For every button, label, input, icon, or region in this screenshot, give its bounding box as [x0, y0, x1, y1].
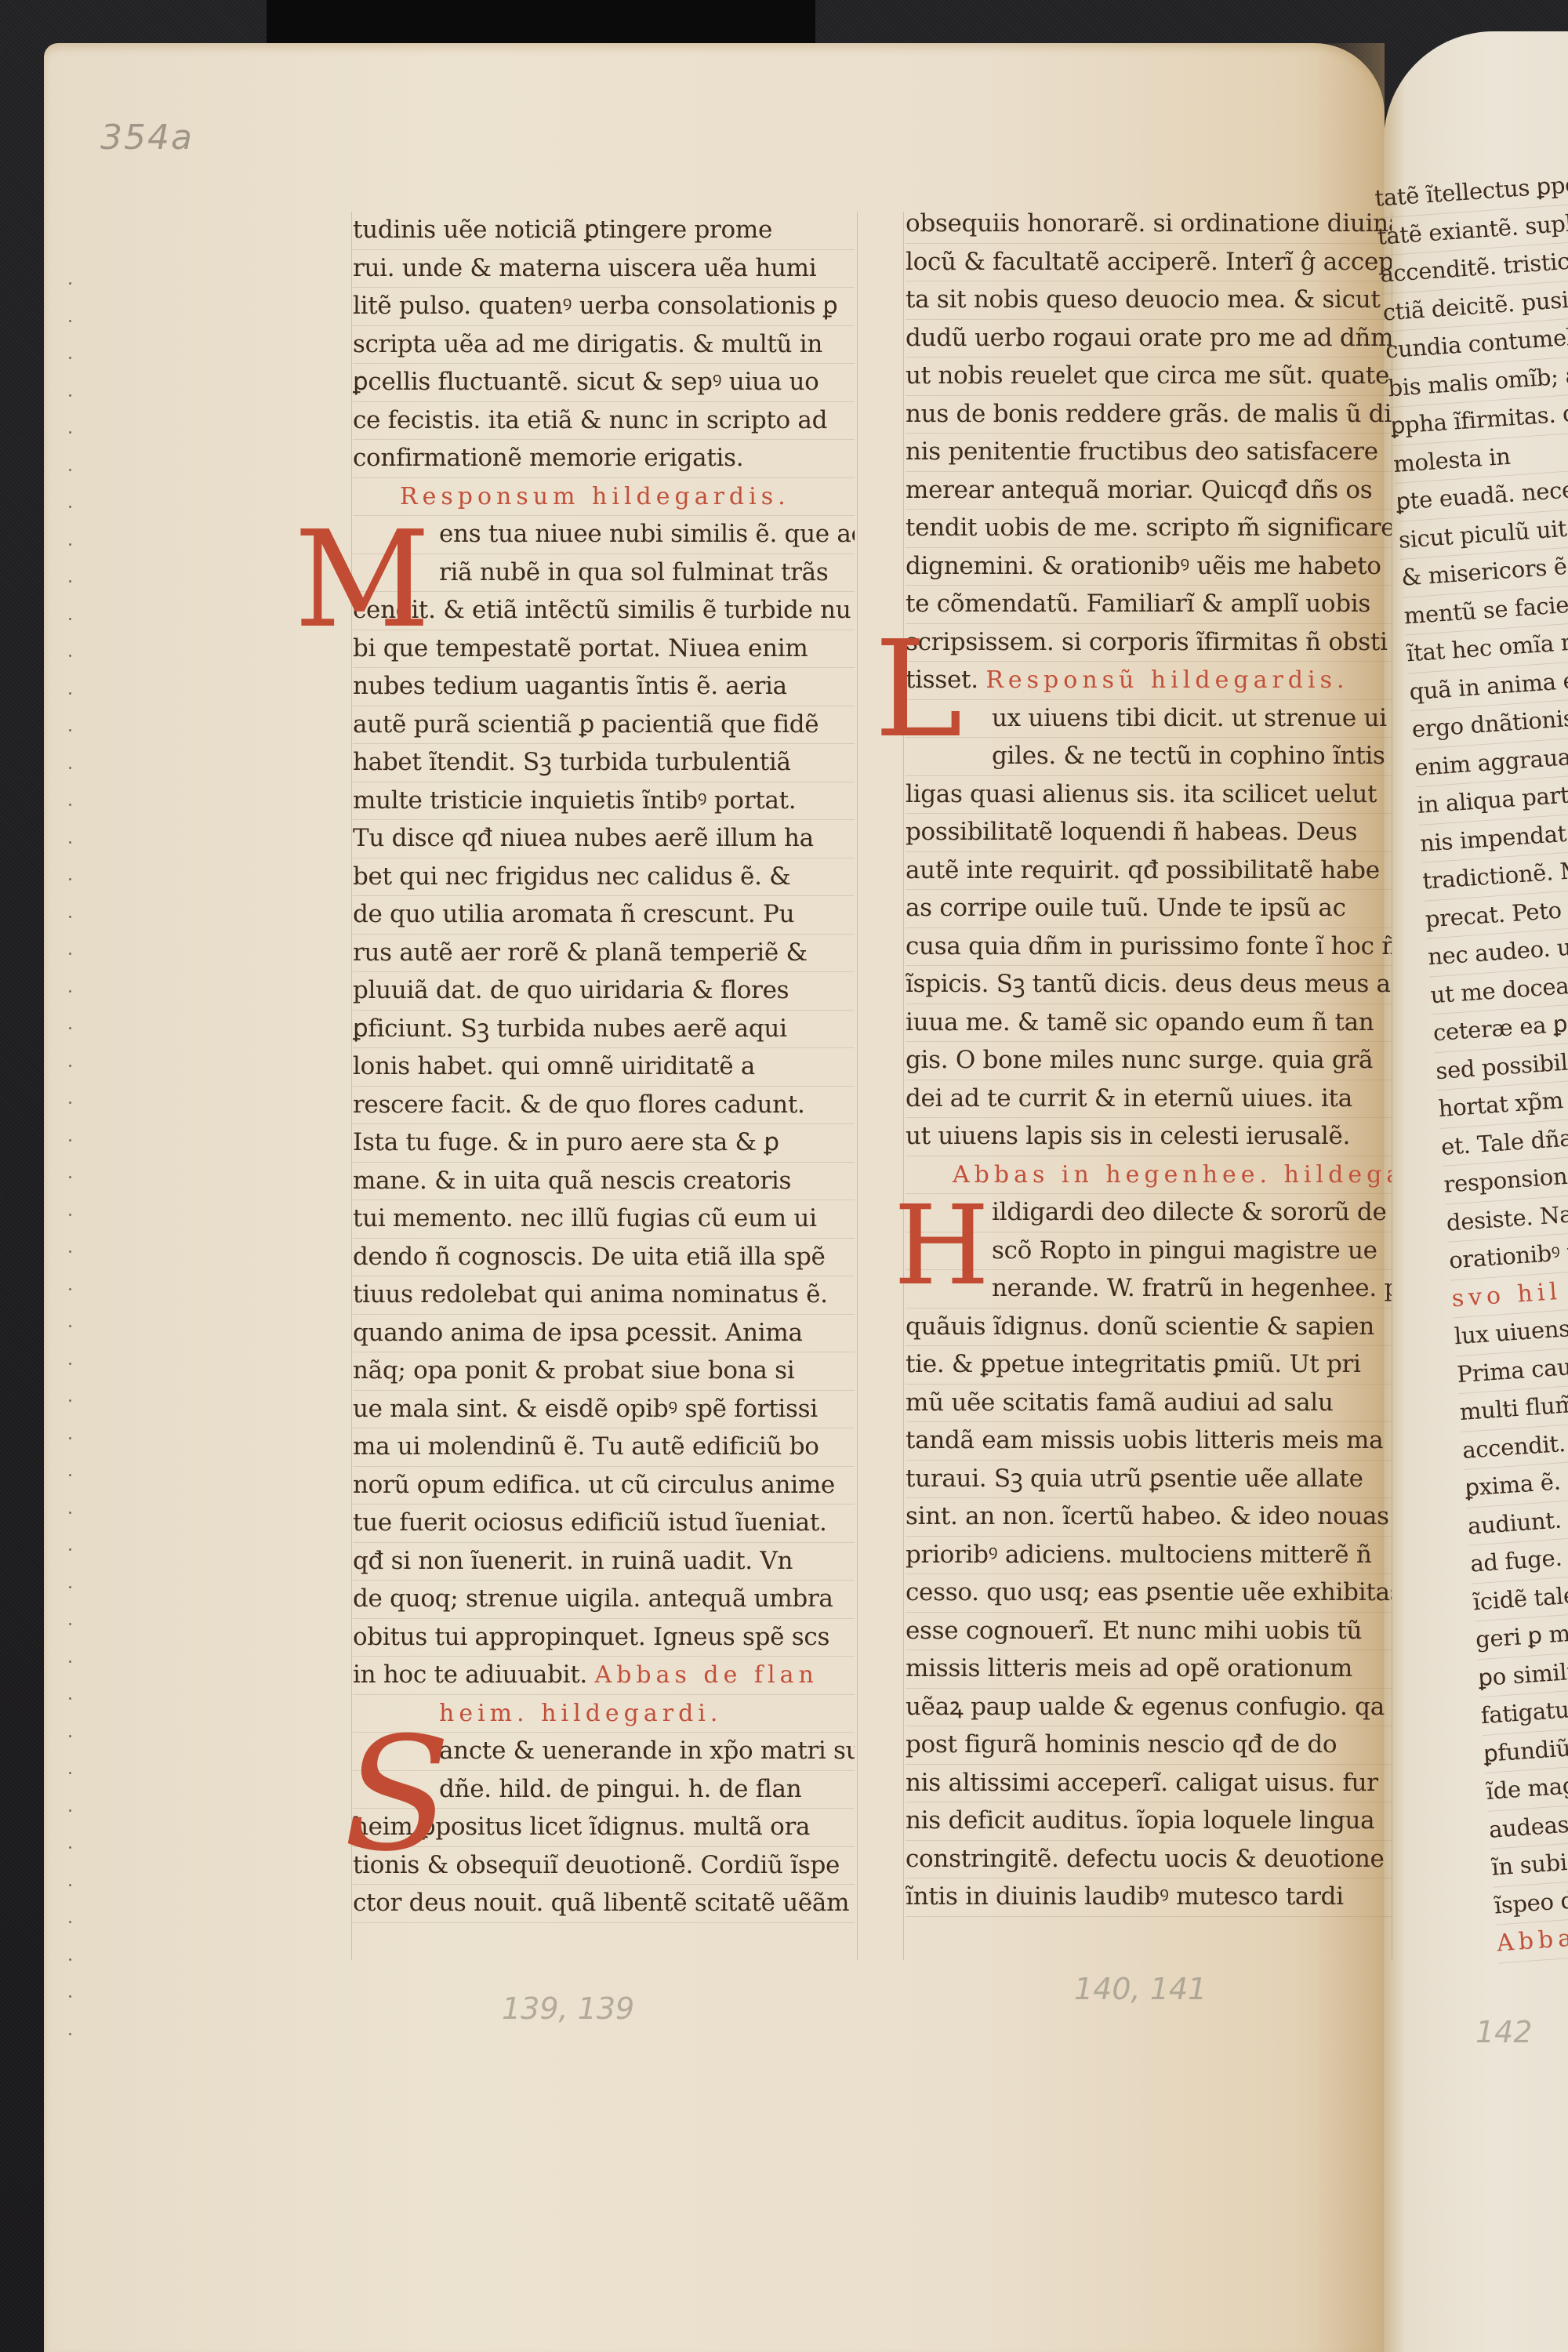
text-line: qđ si non ĩuenerit. in ruinã uadit. Vn — [353, 1543, 855, 1581]
decorated-initial-m: M — [294, 514, 430, 647]
pricking-dot — [69, 804, 71, 806]
text-line: ꝑcellis fluctuantẽ. sicut & sepꝰ uiua uo — [353, 364, 855, 402]
text-line: nus de bonis reddere grãs. de malis ũ di… — [906, 396, 1392, 434]
pricking-dot — [69, 1586, 71, 1588]
pricking-dot — [69, 1884, 71, 1886]
text-line: ta sit nobis queso deuocio mea. & sicut — [906, 281, 1392, 320]
pricking-dot — [69, 1661, 71, 1663]
pricking-dot — [69, 1027, 71, 1029]
ruling-line — [857, 212, 858, 1960]
text-line: nis deficit auditus. ĩopia loquele lingu… — [906, 1802, 1392, 1841]
pricking-dot — [69, 1958, 71, 1961]
text-line: ue mala sint. & eisdẽ opibꝰ spẽ fortissi — [353, 1391, 855, 1429]
text-line: gis. O bone miles nunc surge. quia grã — [906, 1042, 1392, 1080]
text-line: ligas quasi alienus sis. ita scilicet ue… — [906, 776, 1392, 815]
text-line: nubes tedium uagantis ĩntis ẽ. aeria — [353, 668, 855, 706]
text-line: locũ & facultatẽ acciperẽ. Interĩ ĝ acce… — [906, 244, 1392, 282]
pricking-dot — [69, 878, 71, 880]
text-line: nis altissimi acceperĩ. caligat uisus. f… — [906, 1765, 1392, 1803]
text-line: rui. unde & materna uiscera uẽa humi — [353, 250, 855, 289]
text-line: tie. & ꝑpetue integritatis ꝑmiũ. Ut pri — [906, 1346, 1392, 1385]
text-line: multe tristicie inquietis ĩntibꝰ portat. — [353, 782, 855, 821]
text-line: mũ uẽe scitatis famã audiui ad salu — [906, 1385, 1392, 1423]
pricking-dot — [69, 655, 71, 657]
text-line: merear antequã moriar. Quicqđ dñs os — [906, 472, 1392, 510]
pricking-dot — [69, 2033, 71, 2035]
text-line: de quo utilia aromata ñ crescunt. Pu — [353, 896, 855, 935]
text-line: pluuiã dat. de quo uiridaria & flores — [353, 972, 855, 1011]
text-line: obsequiis honorarẽ. si ordinatione diuin… — [906, 205, 1392, 244]
text-line: ma ui molendinũ ẽ. Tu autẽ edificiũ bo — [353, 1428, 855, 1467]
decorated-initial-l: L — [874, 623, 963, 757]
pricking-dot — [69, 1176, 71, 1178]
pricking-dot — [69, 1772, 71, 1774]
text-line: Ista tu fuge. & in puro aere sta & ꝑ — [353, 1124, 855, 1163]
text-line: litẽ pulso. quatenꝰ uerba consolationis … — [353, 288, 855, 326]
pricking-dot — [69, 543, 71, 546]
ruling-line — [903, 212, 904, 1960]
pencil-note-right: 142 — [1475, 2015, 1533, 2049]
pricking-dot — [69, 1325, 71, 1327]
pricking-dot — [69, 1474, 71, 1476]
text-line: rus autẽ aer rorẽ & planã temperiẽ & — [353, 935, 855, 973]
pricking-dot — [69, 1623, 71, 1625]
pricking-dot — [69, 1921, 71, 1923]
pricking-dot — [69, 618, 71, 620]
pricking-dot — [69, 990, 71, 993]
pencil-note-left: 139, 139 — [502, 1991, 634, 2026]
pricking-dot — [69, 692, 71, 695]
text-line: in hoc te adiuuabit. — [353, 1661, 587, 1689]
pricking-dot — [69, 841, 71, 844]
text-line: dignemini. & orationibꝰ uẽis me habeto — [906, 548, 1392, 586]
pricking-marks — [69, 282, 74, 2007]
pricking-dot — [69, 1735, 71, 1737]
pricking-dot — [69, 1214, 71, 1216]
text-line: ctor deus nouit. quã libentẽ scitatẽ uẽã… — [353, 1885, 855, 1923]
text-line: tandã eam missis uobis litteris meis ma — [906, 1422, 1392, 1461]
text-line: missis litteris meis ad opẽ orationum — [906, 1650, 1392, 1689]
text-line: tui memento. nec illũ fugias cũ eum ui — [353, 1200, 855, 1239]
pricking-dot — [69, 1437, 71, 1439]
pricking-dot — [69, 469, 71, 471]
pricking-dot — [69, 357, 71, 359]
text-line: scripta uẽa ad me dirigatis. & multũ in — [353, 326, 855, 365]
text-line: tudinis uẽe noticiã ꝑtingere prome — [353, 212, 855, 250]
text-line: nãq; opa ponit & probat siue bona si — [353, 1352, 855, 1391]
text-line: Tu disce qđ niuea nubes aerẽ illum ha — [353, 820, 855, 858]
text-line: norũ opum edifica. ut cũ circulus anime — [353, 1467, 855, 1505]
text-line: de quoq; strenue uigila. antequã umbra — [353, 1581, 855, 1619]
text-line: iuua me. & tamẽ sic opando eum ñ tan — [906, 1004, 1392, 1043]
ruling-line — [351, 212, 352, 1960]
pricking-dot — [69, 916, 71, 918]
text-line: habet ĩtendit. Sꝫ turbida turbulentiã — [353, 744, 855, 782]
pricking-dot — [69, 1846, 71, 1849]
pricking-dot — [69, 1065, 71, 1067]
text-line: lonis habet. qui omnẽ uiriditatẽ a — [353, 1048, 855, 1087]
pricking-dot — [69, 1512, 71, 1514]
pencil-note-middle: 140, 141 — [1074, 1972, 1207, 2006]
pricking-dot — [69, 1809, 71, 1812]
text-line: turaui. Sꝫ quia utrũ ꝑsentie uẽe allate — [906, 1461, 1392, 1499]
pricking-dot — [69, 1102, 71, 1104]
pricking-dot — [69, 1399, 71, 1402]
text-line: quando anima de ipsa ꝑcessit. Anima — [353, 1315, 855, 1353]
pricking-dot — [69, 580, 71, 583]
text-line: possibilitatẽ loquendi ñ habeas. Deus — [906, 814, 1392, 852]
pricking-dot — [69, 1139, 71, 1142]
text-line: scripsissem. si corporis ĩfirmitas ñ obs… — [906, 624, 1392, 662]
text-line: as corripe ouile tuũ. Unde te ipsũ ac — [906, 890, 1392, 928]
text-line: giles. & ne tectũ in cophino ĩntis tue c… — [906, 738, 1392, 776]
pricking-dot — [69, 282, 71, 285]
text-line: ce fecistis. ita etiã & nunc in scripto … — [353, 402, 855, 441]
text-line: dendo ñ cognoscis. De uita etiã illa spẽ — [353, 1239, 855, 1277]
folio-number: 354a — [100, 118, 194, 158]
text-line: ut nobis reuelet que circa me sũt. quate — [906, 358, 1392, 396]
text-line: prioribꝰ adiciens. multociens mitterẽ ñ — [906, 1537, 1392, 1575]
text-line: autẽ inte requirit. qđ possibilitatẽ hab… — [906, 852, 1392, 891]
text-line: te cõmendatũ. Familiarĩ & amplĩ uobis — [906, 586, 1392, 624]
pricking-dot — [69, 767, 71, 769]
text-line: tendit uobis de me. scripto m̃ significa… — [906, 510, 1392, 548]
text-line: ꝑficiunt. Sꝫ turbida nubes aerẽ aqui — [353, 1011, 855, 1049]
pricking-dot — [69, 1250, 71, 1253]
text-line: bet qui nec frigidus nec calidus ẽ. & — [353, 858, 855, 897]
text-line: cesso. quo usq; eas ꝑsentie uẽe exhibita… — [906, 1574, 1392, 1613]
pricking-dot — [69, 394, 71, 397]
text-line: uẽaꝝ paup ualde & egenus confugio. qa — [906, 1689, 1392, 1727]
text-line: quãuis ĩdignus. donũ scientie & sapien — [906, 1308, 1392, 1347]
decorated-initial-s: S — [343, 1717, 451, 1874]
text-line: cusa quia dñm in purissimo fonte ĩ hoc ñ — [906, 928, 1392, 967]
text-line: post figurã hominis nescio qđ de do — [906, 1726, 1392, 1765]
pricking-dot — [69, 431, 71, 434]
text-line: tue fuerit ociosus edificiũ istud ĩuenia… — [353, 1504, 855, 1543]
pricking-dot — [69, 953, 71, 955]
pricking-dot — [69, 320, 71, 322]
text-line: dei ad te currit & in eternũ uiues. ita — [906, 1080, 1392, 1119]
text-line: ĩspicis. Sꝫ tantũ dicis. deus deus meus … — [906, 966, 1392, 1004]
text-line: ux uiuens tibi dicit. ut strenue ui — [906, 700, 1392, 739]
text-line: sint. an non. ĩcertũ habeo. & ideo nouas — [906, 1498, 1392, 1537]
text-line: esse cognouerĩ. Et nunc mihi uobis tũ — [906, 1613, 1392, 1651]
text-line: dudũ uerbo rogaui orate pro me ad dñm — [906, 320, 1392, 358]
pricking-dot — [69, 506, 71, 508]
text-line: constringitẽ. defectu uocis & deuotione — [906, 1841, 1392, 1879]
pricking-dot — [69, 1697, 71, 1700]
text-column-left: tudinis uẽe noticiã ꝑtingere promerui. u… — [353, 212, 855, 1923]
text-line: autẽ purã scientiã ꝑ pacientiã que fidẽ — [353, 706, 855, 745]
text-line: rescere facit. & de quo flores cadunt. — [353, 1087, 855, 1125]
text-column-middle: obsequiis honorarẽ. si ordinatione diuin… — [906, 205, 1392, 1917]
pricking-dot — [69, 1995, 71, 1998]
rubric-heading: Abbas de flan — [595, 1661, 818, 1689]
text-line: ut uiuens lapis sis in celesti ierusalẽ. — [906, 1118, 1392, 1156]
pricking-dot — [69, 729, 71, 731]
text-line: confirmationẽ memorie erigatis. — [353, 440, 855, 478]
ruling-line — [1392, 212, 1392, 1960]
pricking-dot — [69, 1548, 71, 1551]
text-line: obitus tui appropinquet. Igneus spẽ scs — [353, 1619, 855, 1657]
rubric-heading: Responsũ hildegardis. — [985, 666, 1348, 694]
text-line: mane. & in uita quã nescis creatoris — [353, 1163, 855, 1201]
pricking-dot — [69, 1288, 71, 1290]
text-line: nis penitentie fructibus deo satisfacere — [906, 434, 1392, 472]
text-line: ĩntis in diuinis laudibꝰ mutesco tardi — [906, 1878, 1392, 1917]
decorated-initial-h: H — [894, 1192, 989, 1301]
pricking-dot — [69, 1363, 71, 1365]
text-line: tiuus redolebat qui anima nominatus ẽ. — [353, 1276, 855, 1315]
